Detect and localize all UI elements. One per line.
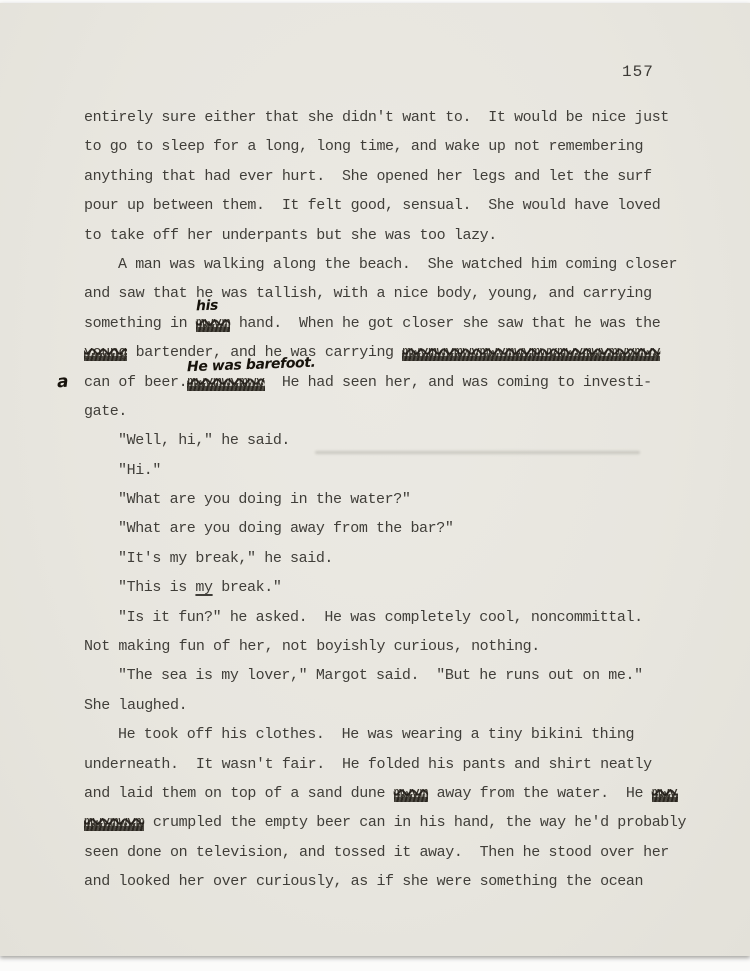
typed-line: "Hi."	[84, 456, 704, 485]
typed-line: Not making fun of her, not boyishly curi…	[84, 632, 704, 661]
typed-line: seen done on television, and tossed it a…	[84, 838, 704, 867]
struck-out-text: mwvm	[394, 785, 428, 802]
typed-text: "What are you doing in the water?"	[118, 491, 410, 508]
typed-line: to go to sleep for a long, long time, an…	[84, 132, 704, 161]
typed-line: to take off her underpants but she was t…	[84, 221, 704, 250]
struck-out-text: mwv	[652, 785, 678, 802]
struck-out-text: mwvmwvm	[84, 814, 144, 831]
page-number: 157	[622, 63, 654, 81]
struck-out-text: mwvmwvmwvHe was barefoot.	[187, 374, 264, 391]
typed-text: He took off his clothes. He was wearing …	[118, 726, 634, 743]
typed-text: crumpled the empty beer can in his hand,…	[144, 814, 686, 831]
typed-text: "This is	[118, 579, 195, 596]
typed-text: and laid them on top of a sand dune	[84, 785, 394, 802]
handwritten-insertion: He was barefoot.	[187, 355, 316, 373]
typed-text: underneath. It wasn't fair. He folded hi…	[84, 756, 652, 773]
typed-line: and laid them on top of a sand dune mwvm…	[84, 779, 704, 808]
typed-text: anything that had ever hurt. She opened …	[84, 168, 652, 185]
typed-lines: entirely sure either that she didn't wan…	[84, 103, 704, 897]
typed-text: "The sea is my lover," Margot said. "But…	[118, 667, 643, 684]
typed-line: young bartender, and he was carrying mwv…	[84, 338, 704, 367]
underlined-text: my	[195, 579, 212, 596]
typed-text: to go to sleep for a long, long time, an…	[84, 138, 643, 155]
typed-text: He had seen her, and was coming to inves…	[265, 374, 652, 391]
typed-text: to take off her underpants but she was t…	[84, 227, 497, 244]
typed-line: mwvmwvm crumpled the empty beer can in h…	[84, 808, 704, 837]
pencil-smudge	[315, 451, 640, 454]
struck-out-text: mwvmwvmwvmwvmwvmwvmwvmwvmwvmwv	[402, 344, 660, 361]
typed-text: "It's my break," he said.	[118, 550, 333, 567]
typed-text: pour up between them. It felt good, sens…	[84, 197, 660, 214]
typed-text: away from the water. He	[428, 785, 652, 802]
struck-out-text: mwvmhis	[196, 315, 230, 332]
typed-line: She laughed.	[84, 691, 704, 720]
typed-line: "What are you doing in the water?"	[84, 485, 704, 514]
typed-text: A man was walking along the beach. She w…	[118, 256, 677, 273]
typed-line: "The sea is my lover," Margot said. "But…	[84, 661, 704, 690]
typed-line: something in mwvmhis hand. When he got c…	[84, 309, 704, 338]
typed-line: "It's my break," he said.	[84, 544, 704, 573]
typed-text: hand. When he got closer she saw that he…	[230, 315, 660, 332]
typed-line: "This is my break."	[84, 573, 704, 602]
typed-line: and looked her over curiously, as if she…	[84, 867, 704, 896]
handwritten-insertion: his	[196, 298, 218, 313]
typed-line: and saw that he was tallish, with a nice…	[84, 279, 704, 308]
handwritten-margin-note: a	[56, 373, 68, 391]
typed-text: "What are you doing away from the bar?"	[118, 520, 453, 537]
typed-line: entirely sure either that she didn't wan…	[84, 103, 704, 132]
typed-text: and looked her over curiously, as if she…	[84, 873, 643, 890]
typed-line: A man was walking along the beach. She w…	[84, 250, 704, 279]
typed-text: Not making fun of her, not boyishly curi…	[84, 638, 540, 655]
typed-text: and saw that he was tallish, with a nice…	[84, 285, 652, 302]
typed-text: "Hi."	[118, 462, 161, 479]
typed-text: "Well, hi," he said.	[118, 432, 290, 449]
typed-text: gate.	[84, 403, 127, 420]
typed-text: seen done on television, and tossed it a…	[84, 844, 669, 861]
typed-line: He took off his clothes. He was wearing …	[84, 720, 704, 749]
typed-line: acan of beer.mwvmwvmwvHe was barefoot. H…	[84, 368, 704, 397]
typed-line: underneath. It wasn't fair. He folded hi…	[84, 750, 704, 779]
typed-text: "Is it fun?" he asked. He was completely…	[118, 609, 643, 626]
manuscript-page: 157 entirely sure either that she didn't…	[0, 3, 750, 956]
typed-text: She laughed.	[84, 697, 187, 714]
struck-out-text: young	[84, 344, 127, 361]
typed-text: entirely sure either that she didn't wan…	[84, 109, 669, 126]
typed-text: break."	[213, 579, 282, 596]
typed-text: can of beer.	[84, 374, 187, 391]
typed-text: something in	[84, 315, 196, 332]
typed-line: "Is it fun?" he asked. He was completely…	[84, 603, 704, 632]
typed-line: pour up between them. It felt good, sens…	[84, 191, 704, 220]
typed-line: anything that had ever hurt. She opened …	[84, 162, 704, 191]
typed-line: gate.	[84, 397, 704, 426]
typed-line: "What are you doing away from the bar?"	[84, 514, 704, 543]
